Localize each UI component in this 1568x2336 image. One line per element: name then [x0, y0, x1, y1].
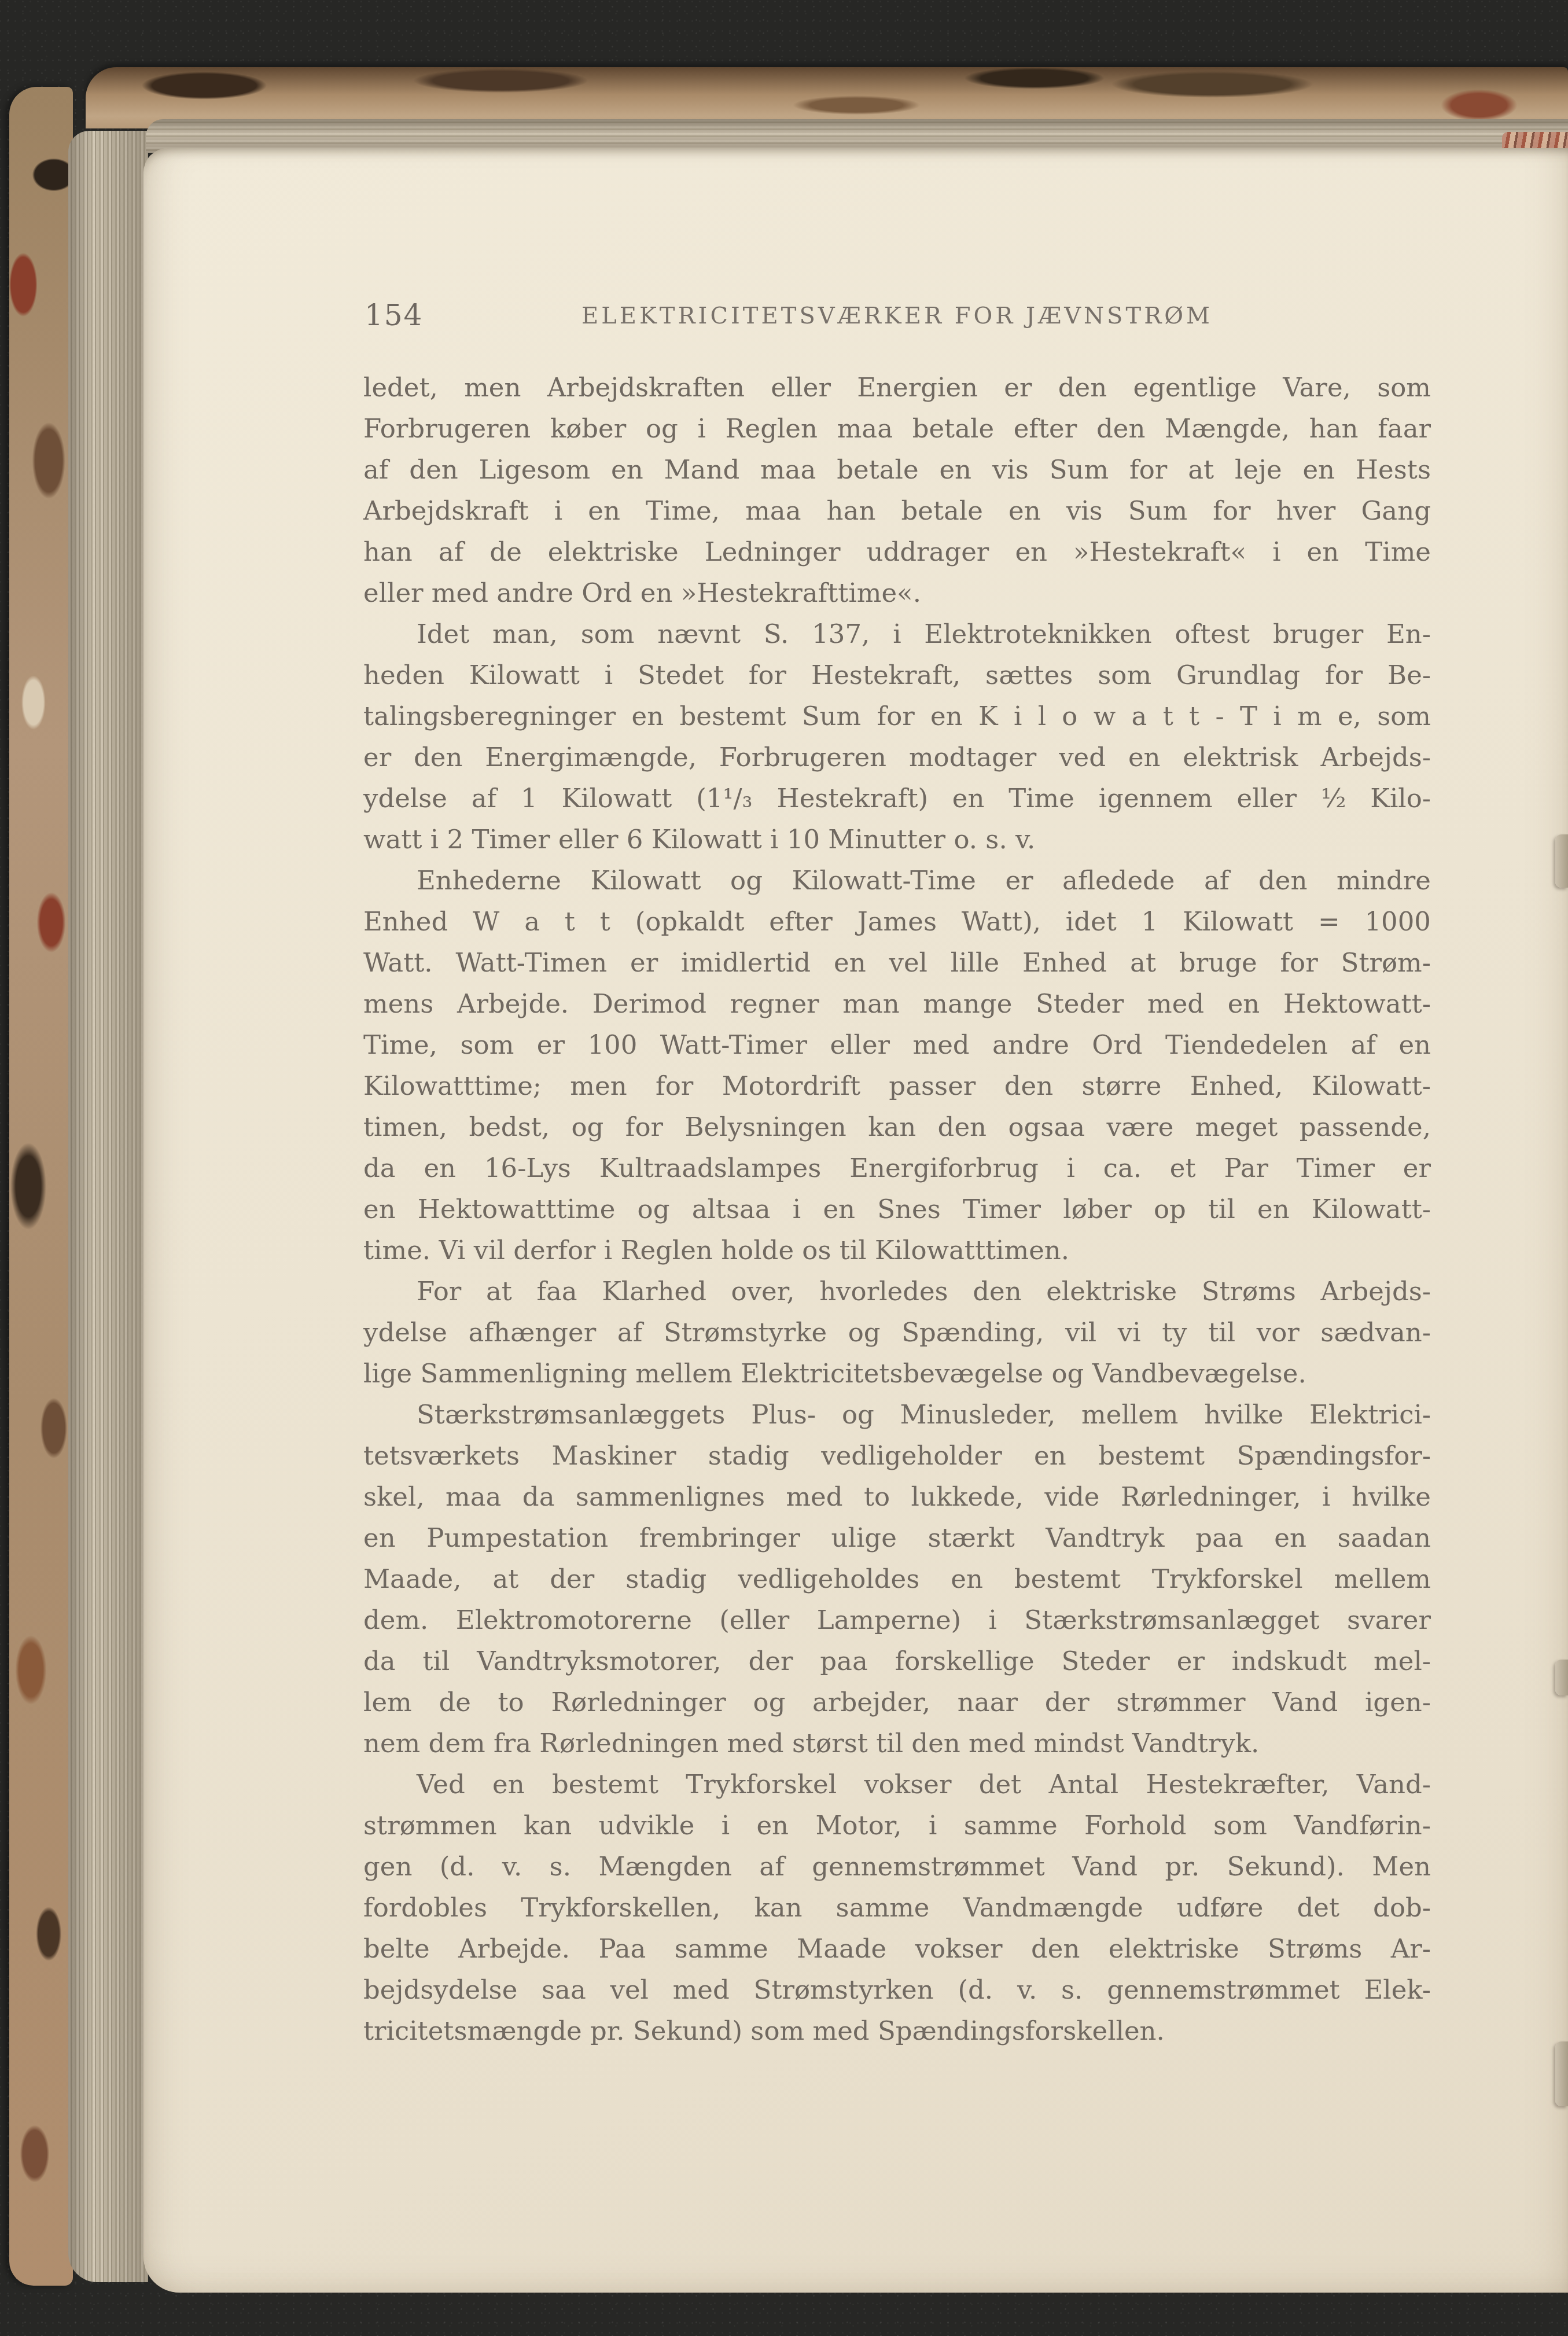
text-line: da en 16-Lys Kultraadslampes Energiforbr… [363, 1147, 1431, 1189]
text-line: er den Energimængde, Forbrugeren modtage… [363, 737, 1431, 778]
text-line: lem de to Rørledninger og arbejder, naar… [363, 1682, 1431, 1723]
text-line: eller med andre Ord en »Hestekrafttime«. [363, 572, 1431, 613]
page-header-row: 154 ELEKTRICITETSVÆRKER FOR JÆVNSTRØM [363, 297, 1431, 338]
page-edge-tab [1555, 1660, 1568, 1695]
text-line: ydelse af 1 Kilowatt (1¹/₃ Hestekraft) e… [363, 778, 1431, 819]
text-line: Watt. Watt-Timen er imidlertid en vel li… [363, 942, 1431, 983]
text-line: lige Sammenligning mellem Elektricitetsb… [363, 1353, 1431, 1394]
book-cover-marbled-edge [9, 87, 73, 2286]
text-line: nem dem fra Rørledningen med størst til … [363, 1723, 1431, 1764]
text-line: Time, som er 100 Watt-Timer eller med an… [363, 1024, 1431, 1065]
text-line: strømmen kan udvikle i en Motor, i samme… [363, 1805, 1431, 1846]
book-page: 154 ELEKTRICITETSVÆRKER FOR JÆVNSTRØM le… [143, 148, 1568, 2293]
text-line: skel, maa da sammenlignes med to lukkede… [363, 1476, 1431, 1517]
text-line: time. Vi vil derfor i Reglen holde os ti… [363, 1230, 1431, 1271]
text-line: Arbejdskraft i en Time, maa han betale e… [363, 490, 1431, 531]
text-line: af den Ligesom en Mand maa betale en vis… [363, 449, 1431, 490]
text-line: mens Arbejde. Derimod regner man mange S… [363, 983, 1431, 1024]
text-line: belte Arbejde. Paa samme Maade vokser de… [363, 1928, 1431, 1969]
text-line: Enhederne Kilowatt og Kilowatt-Time er a… [363, 860, 1431, 901]
text-line: en Hektowatttime og altsaa i en Snes Tim… [363, 1189, 1431, 1230]
text-line: tetsværkets Maskiner stadig vedligeholde… [363, 1435, 1431, 1476]
text-line: Ved en bestemt Trykforskel vokser det An… [363, 1764, 1431, 1805]
text-line: bejdsydelse saa vel med Strømstyrken (d.… [363, 1969, 1431, 2010]
text-line: ydelse afhænger af Strømstyrke og Spændi… [363, 1312, 1431, 1353]
text-line: heden Kilowatt i Stedet for Hestekraft, … [363, 654, 1431, 696]
text-line: Stærkstrømsanlæggets Plus- og Minusleder… [363, 1394, 1431, 1435]
text-line: Enhed W a t t (opkaldt efter James Watt)… [363, 901, 1431, 942]
text-line: talingsberegninger en bestemt Sum for en… [363, 696, 1431, 737]
text-line: timen, bedst, og for Belysningen kan den… [363, 1106, 1431, 1147]
page-stack-left-edge [68, 131, 148, 2282]
text-line: dem. Elektromotorerne (eller Lamperne) i… [363, 1599, 1431, 1640]
text-line: watt i 2 Timer eller 6 Kilowatt i 10 Min… [363, 819, 1431, 860]
page-body: ledet, men Arbejdskraften eller Energien… [363, 367, 1431, 2051]
text-line: han af de elektriske Ledninger uddrager … [363, 531, 1431, 572]
text-line: fordobles Trykforskellen, kan samme Vand… [363, 1887, 1431, 1928]
text-line: ledet, men Arbejdskraften eller Energien… [363, 367, 1431, 408]
text-line: tricitetsmængde pr. Sekund) som med Spæn… [363, 2010, 1431, 2051]
text-line: Maade, at der stadig vedligeholdes en be… [363, 1558, 1431, 1599]
text-line: Idet man, som nævnt S. 137, i Elektrotek… [363, 613, 1431, 654]
text-line: Forbrugeren køber og i Reglen maa betale… [363, 408, 1431, 449]
text-line: gen (d. v. s. Mængden af gennemstrømmet … [363, 1846, 1431, 1887]
running-header: ELEKTRICITETSVÆRKER FOR JÆVNSTRØM [363, 303, 1431, 329]
photo-background: 154 ELEKTRICITETSVÆRKER FOR JÆVNSTRØM le… [0, 0, 1568, 2336]
text-line: en Pumpestation frembringer ulige stærkt… [363, 1517, 1431, 1558]
text-line: For at faa Klarhed over, hvorledes den e… [363, 1271, 1431, 1312]
page-edge-tab [1555, 834, 1568, 888]
page-edge-tab [1555, 2041, 1568, 2106]
text-line: da til Vandtryksmotorer, der paa forskel… [363, 1640, 1431, 1682]
text-line: Kilowatttime; men for Motordrift passer … [363, 1065, 1431, 1106]
